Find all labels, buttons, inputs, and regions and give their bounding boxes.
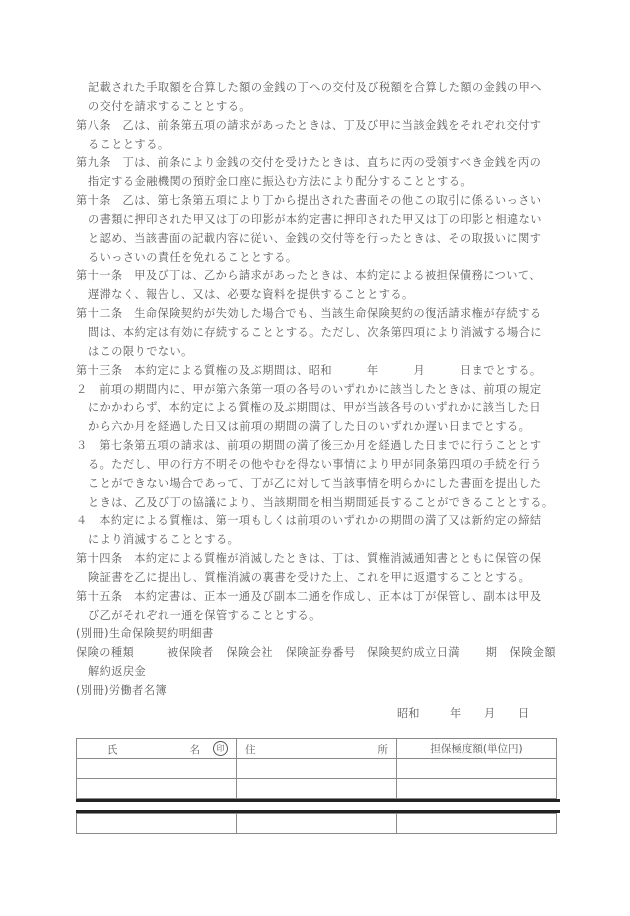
article-13: 第十三条 本約定による質権の及ぶ期間は、昭和 年 月 日までとする。 <box>76 362 556 381</box>
text-line: 遅滞なく、報告し、又は、必要な資料を提供することとする。 <box>76 286 556 305</box>
date-year: 年 <box>450 705 461 723</box>
col-insurer: 保険会社 <box>226 644 285 663</box>
text-line: にかかわらず、本約定による質権の及ぶ期間は、甲が当該各号のいずれかに該当した日 <box>76 399 556 418</box>
table-header-row: 氏 名 印 住 所 担保極度額(単位円) <box>77 739 557 759</box>
date-era: 昭和 <box>397 705 419 723</box>
article-13-para-3: ３ 第七条第五項の請求は、前項の期間の満了後三か月を経過した日までに行うこととす <box>76 437 556 456</box>
text-line: 記載された手取額を合算した額の金銭の丁への交付及び税額を合算した額の金銭の甲へ <box>76 79 556 98</box>
text-line: ることとする。 <box>76 136 556 155</box>
article-11: 第十一条 甲及び丁は、乙から請求があったときは、本約定による被担保債務について、 <box>76 267 556 286</box>
date-day: 日 <box>518 705 529 723</box>
document-page: 記載された手取額を合算した額の金銭の丁への交付及び税額を合算した額の金銭の甲へ … <box>0 0 630 916</box>
insurance-schedule-header: 保険の種類 被保険者 保険会社 保険証券番号 保険契約成立日満 期 保険金額 <box>76 644 556 663</box>
header-address: 住 所 <box>237 739 397 759</box>
cell-address[interactable] <box>237 779 397 799</box>
col-contract-date: 保険契約成立日満 <box>367 644 486 663</box>
agreement-body: 記載された手取額を合算した額の金銭の丁への交付及び税額を合算した額の金銭の甲へ … <box>76 79 556 701</box>
text-line: により消滅することとする。 <box>76 531 556 550</box>
header-limit: 担保極度額(単位円) <box>397 739 557 759</box>
text-line: るいっさいの責任を免れることとする。 <box>76 249 556 268</box>
cell-limit[interactable] <box>397 759 557 779</box>
cell-limit[interactable] <box>397 814 557 834</box>
cell-name[interactable] <box>77 814 237 834</box>
text-line: ことができない場合であって、丁が乙に対して当該事情を明らかにした書面を提出した <box>76 475 556 494</box>
table-row <box>77 779 557 799</box>
appendix-insurance-title: (別冊)生命保険契約明細書 <box>76 625 556 644</box>
col-insured-amount: 保険金額 <box>509 644 556 663</box>
col-insurance-type: 保険の種類 <box>76 644 167 663</box>
article-12: 第十二条 生命保険契約が失効した場合でも、当該生命保険契約の復活請求権が存続する <box>76 305 556 324</box>
table-row <box>77 814 557 834</box>
date-month: 月 <box>484 705 495 723</box>
cell-name[interactable] <box>77 759 237 779</box>
text-line: 険証書を乙に提出し、質権消滅の裏書を受けた上、これを甲に返還することとする。 <box>76 569 556 588</box>
cell-name[interactable] <box>77 779 237 799</box>
text-line: から六か月を経過した日又は前項の期間の満了した日のいずれか遅い日までとする。 <box>76 418 556 437</box>
text-line: び乙がそれぞれ一通を保管することとする。 <box>76 607 556 626</box>
table-row <box>77 759 557 779</box>
text-line: の書類に押印された甲又は丁の印影が本約定書に押印された甲又は丁の印影と相違ない <box>76 211 556 230</box>
col-surrender-value: 解約返戻金 <box>76 663 556 682</box>
break-line-top <box>76 799 560 802</box>
article-9: 第九条 丁は、前条により金銭の交付を受けたときは、直ちに丙の受領すべき金銭を丙の <box>76 154 556 173</box>
cell-address[interactable] <box>237 814 397 834</box>
text-line: 指定する金融機関の預貯金口座に振込む方法により配分することとする。 <box>76 173 556 192</box>
article-13-para-2: ２ 前項の期間内に、甲が第六条第一項の各号のいずれかに該当したときは、前項の規定 <box>76 381 556 400</box>
header-name-left: 氏 <box>107 742 118 757</box>
header-address-left: 住 <box>245 742 256 757</box>
cell-limit[interactable] <box>397 779 557 799</box>
appendix-roster-title: (別冊)労働者名簿 <box>76 682 556 701</box>
article-10: 第十条 乙は、第七条第五項により丁から提出された書面その他この取引に係るいっさい <box>76 192 556 211</box>
article-14: 第十四条 本約定による質権が消滅したときは、丁は、質権消滅通知書とともに保管の保 <box>76 550 556 569</box>
text-line: ときは、乙及び丁の協議により、当該期間を相当期間延長することができることとする。 <box>76 494 556 513</box>
header-name: 氏 名 印 <box>77 739 237 759</box>
col-insured: 被保険者 <box>167 644 226 663</box>
col-policy-number: 保険証券番号 <box>286 644 367 663</box>
text-line: と認め、当該書面の記載内容に従い、金銭の交付等を行ったときは、その取扱いに関す <box>76 230 556 249</box>
text-line: 間は、本約定は有効に存続することとする。ただし、次条第四項により消滅する場合に <box>76 324 556 343</box>
text-line: の交付を請求することとする。 <box>76 98 556 117</box>
seal-icon: 印 <box>213 741 228 756</box>
worker-roster-table-continued <box>76 813 557 834</box>
col-maturity: 期 <box>486 644 510 663</box>
article-8: 第八条 乙は、前条第五項の請求があったときは、丁及び甲に当該金銭をそれぞれ交付す <box>76 117 556 136</box>
article-13-para-4: ４ 本約定による質権は、第一項もしくは前項のいずれかの期間の満了又は新約定の締結 <box>76 512 556 531</box>
header-address-right: 所 <box>378 742 389 757</box>
text-line: る。ただし、甲の行方不明その他やむを得ない事情により甲が同条第四項の手続を行う <box>76 456 556 475</box>
header-name-right: 名 <box>190 742 201 757</box>
worker-roster-table: 氏 名 印 住 所 担保極度額(単位円) <box>76 738 557 799</box>
article-15: 第十五条 本約定書は、正本一通及び副本二通を作成し、正本は丁が保管し、副本は甲及 <box>76 588 556 607</box>
text-line: はこの限りでない。 <box>76 343 556 362</box>
cell-address[interactable] <box>237 759 397 779</box>
